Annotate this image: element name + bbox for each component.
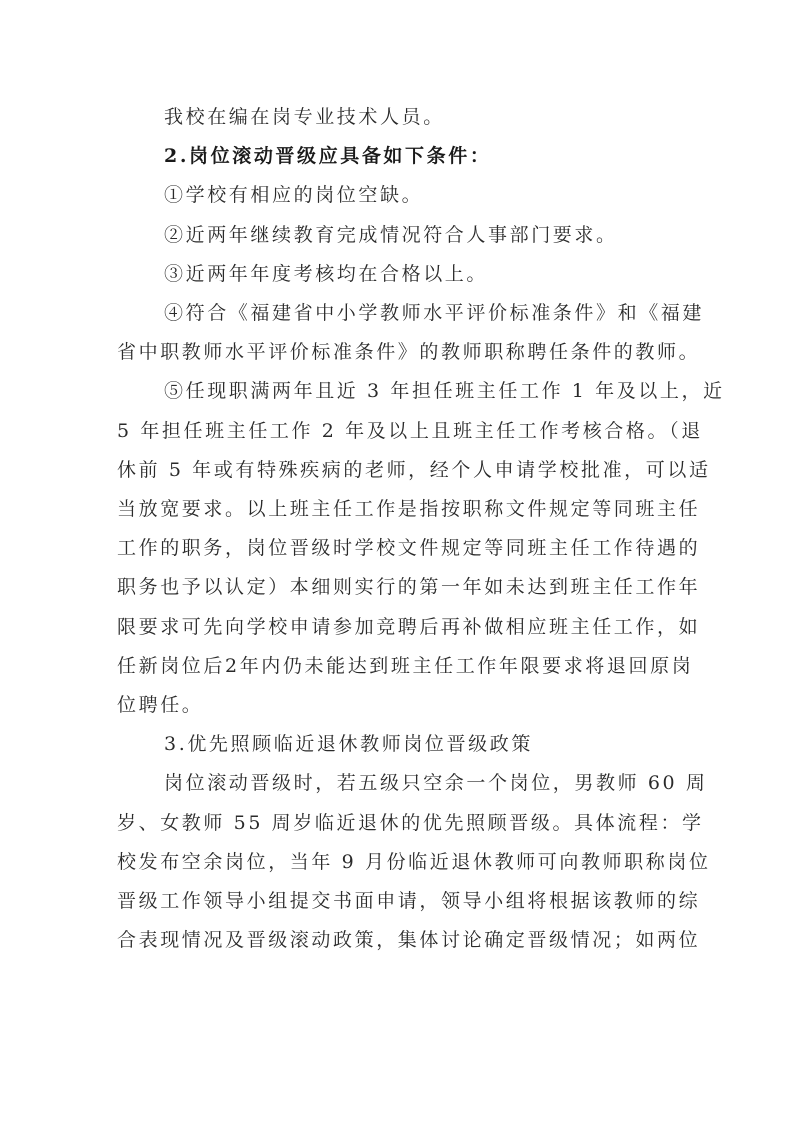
- condition-item-3: ③近两年年度考核均在合格以上。: [117, 255, 673, 294]
- text-line: 校发布空余岗位，当年 9 月份临近退休教师可向教师职称岗位: [117, 843, 673, 882]
- text-line: 任新岗位后2年内仍未能达到班主任工作年限要求将退回原岗: [117, 647, 673, 686]
- heading-promotion-conditions: 2.岗位滚动晋级应具备如下条件：: [117, 137, 673, 176]
- text-line: ④符合《福建省中小学教师水平评价标准条件》和《福建: [117, 294, 673, 333]
- text-line: 当放宽要求。以上班主任工作是指按职称文件规定等同班主任: [117, 490, 673, 529]
- text-line: 省中职教师水平评价标准条件》的教师职称聘任条件的教师。: [117, 333, 673, 372]
- text-line: 2.岗位滚动晋级应具备如下条件：: [117, 137, 673, 176]
- text-line: 休前 5 年或有特殊疾病的老师，经个人申请学校批准，可以适: [117, 451, 673, 490]
- text-line: 职务也予以认定）本细则实行的第一年如未达到班主任工作年: [117, 568, 673, 607]
- text-line: 位聘任。: [117, 686, 673, 725]
- text-line: 晋级工作领导小组提交书面申请，领导小组将根据该教师的综: [117, 882, 673, 921]
- text-line: 岗位滚动晋级时，若五级只空余一个岗位，男教师 60 周: [117, 764, 673, 803]
- condition-item-4: ④符合《福建省中小学教师水平评价标准条件》和《福建 省中职教师水平评价标准条件》…: [117, 294, 673, 372]
- condition-item-5: ⑤任现职满两年且近 3 年担任班主任工作 1 年及以上，近 5 年担任班主任工作…: [117, 372, 673, 725]
- text-line: 5 年担任班主任工作 2 年及以上且班主任工作考核合格。（退: [117, 412, 673, 451]
- text-line: 3.优先照顾临近退休教师岗位晋级政策: [117, 725, 673, 764]
- text-line: 合表现情况及晋级滚动政策，集体讨论确定晋级情况；如两位: [117, 921, 673, 960]
- text-line: ③近两年年度考核均在合格以上。: [117, 255, 673, 294]
- text-line: 岁、女教师 55 周岁临近退休的优先照顾晋级。具体流程：学: [117, 804, 673, 843]
- text-line: ②近两年继续教育完成情况符合人事部门要求。: [117, 216, 673, 255]
- text-line: 我校在编在岗专业技术人员。: [117, 98, 673, 137]
- text-line: 工作的职务，岗位晋级时学校文件规定等同班主任工作待遇的: [117, 529, 673, 568]
- heading-retirement-priority-policy: 3.优先照顾临近退休教师岗位晋级政策: [117, 725, 673, 764]
- text-line: 限要求可先向学校申请参加竞聘后再补做相应班主任工作，如: [117, 608, 673, 647]
- document-page: 我校在编在岗专业技术人员。 2.岗位滚动晋级应具备如下条件： ①学校有相应的岗位…: [117, 98, 673, 960]
- paragraph-retirement-priority-process: 岗位滚动晋级时，若五级只空余一个岗位，男教师 60 周 岁、女教师 55 周岁临…: [117, 764, 673, 960]
- condition-item-1: ①学校有相应的岗位空缺。: [117, 176, 673, 215]
- paragraph-eligible-staff: 我校在编在岗专业技术人员。: [117, 98, 673, 137]
- text-line: ①学校有相应的岗位空缺。: [117, 176, 673, 215]
- text-line: ⑤任现职满两年且近 3 年担任班主任工作 1 年及以上，近: [117, 372, 673, 411]
- condition-item-2: ②近两年继续教育完成情况符合人事部门要求。: [117, 216, 673, 255]
